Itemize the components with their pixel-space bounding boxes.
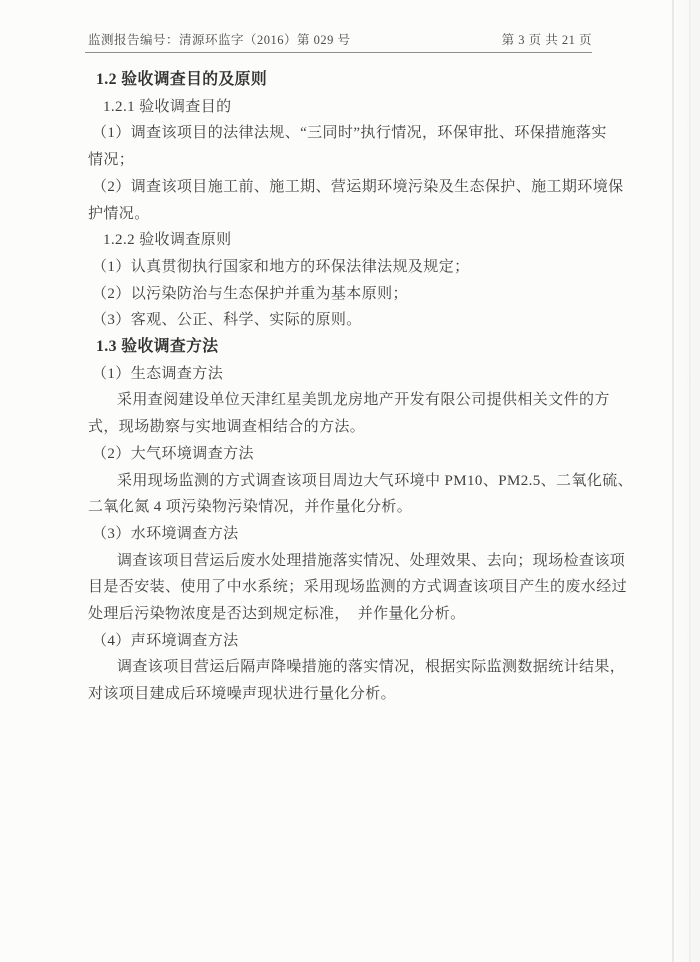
scan-artifact-line: [689, 0, 691, 962]
text-line: （4）声环境调查方法: [88, 628, 625, 655]
text-line: 情况；: [88, 147, 625, 174]
text-line: 护情况。: [88, 201, 625, 228]
text-line: 1.2.2 验收调查原则: [88, 227, 625, 254]
text-line: （2）以污染防治与生态保护并重为基本原则；: [88, 281, 625, 308]
page-header: 监测报告编号：清源环监字（2016）第 029 号 第 3 页 共 21 页: [88, 30, 592, 48]
scan-artifact-line: [672, 0, 674, 962]
text-line: （1）生态调查方法: [88, 361, 625, 388]
text-line: 调查该项目营运后隔声降噪措施的落实情况，根据实际监测数据统计结果，: [88, 654, 625, 681]
text-line: 处理后污染物浓度是否达到规定标准， 并作量化分析。: [88, 601, 625, 628]
text-line: （1）认真贯彻执行国家和地方的环保法律法规及规定；: [88, 254, 625, 281]
text-line: 对该项目建成后环境噪声现状进行量化分析。: [88, 681, 625, 708]
document-body: 1.2 验收调查目的及原则1.2.1 验收调查目的（1）调查该项目的法律法规、“…: [88, 67, 625, 708]
text-line: 1.3 验收调查方法: [88, 334, 625, 361]
text-line: 采用查阅建设单位天津红星美凯龙房地产开发有限公司提供相关文件的方: [88, 387, 625, 414]
text-line: 采用现场监测的方式调查该项目周边大气环境中 PM10、PM2.5、二氧化硫、: [88, 468, 625, 495]
text-line: 二氧化氮 4 项污染物污染情况，并作量化分析。: [88, 494, 625, 521]
text-line: 调查该项目营运后废水处理措施落实情况、处理效果、去向；现场检查该项: [88, 548, 625, 575]
report-number: 监测报告编号：清源环监字（2016）第 029 号: [88, 30, 351, 48]
text-line: 1.2 验收调查目的及原则: [88, 67, 625, 94]
text-line: （1）调查该项目的法律法规、“三同时”执行情况，环保审批、环保措施落实: [88, 120, 625, 147]
text-line: 式，现场勘察与实地调查相结合的方法。: [88, 414, 625, 441]
text-line: 1.2.1 验收调查目的: [88, 94, 625, 121]
text-line: （3）水环境调查方法: [88, 521, 625, 548]
text-line: （3）客观、公正、科学、实际的原则。: [88, 307, 625, 334]
scanned-report-page: 监测报告编号：清源环监字（2016）第 029 号 第 3 页 共 21 页 1…: [0, 0, 700, 962]
scan-edge-shadow: [674, 0, 700, 962]
header-divider: [85, 52, 592, 53]
text-line: 目是否安装、使用了中水系统；采用现场监测的方式调查该项目产生的废水经过: [88, 574, 625, 601]
text-line: （2）调查该项目施工前、施工期、营运期环境污染及生态保护、施工期环境保: [88, 174, 625, 201]
text-line: （2）大气环境调查方法: [88, 441, 625, 468]
page-number-indicator: 第 3 页 共 21 页: [502, 30, 592, 48]
